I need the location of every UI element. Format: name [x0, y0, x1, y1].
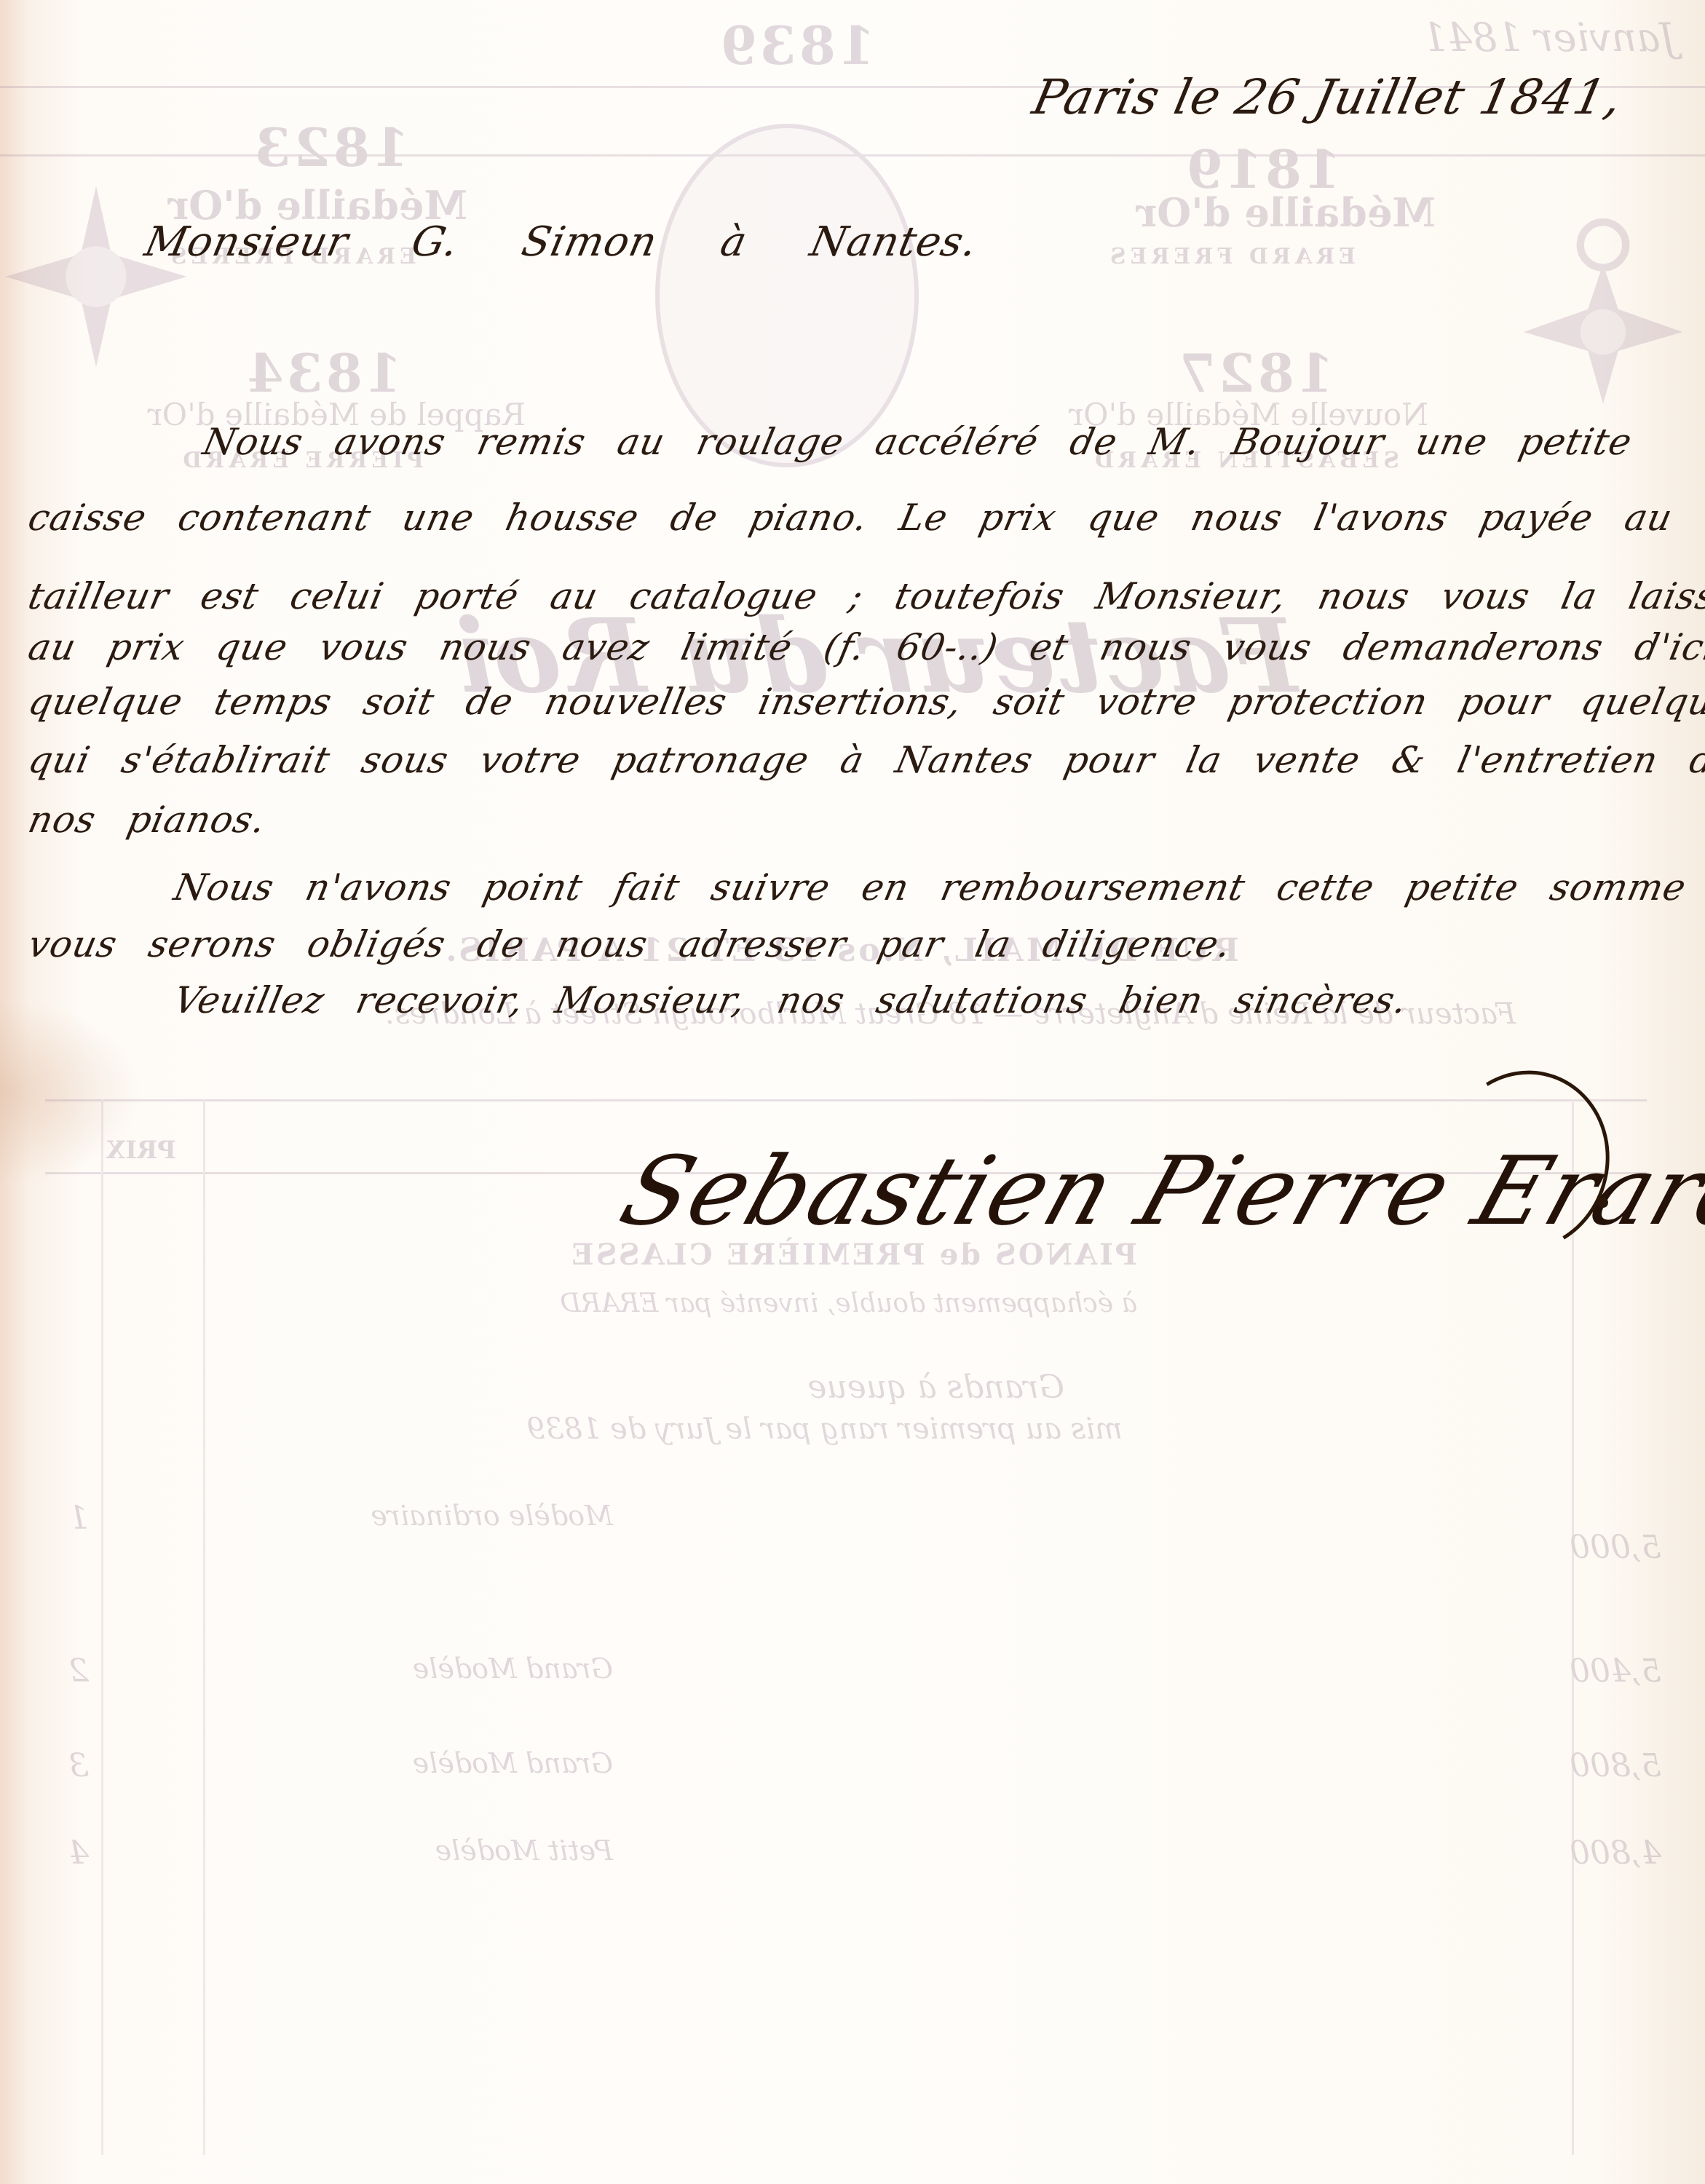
- name-line: ERARD FRERES: [1106, 244, 1356, 269]
- body-line: Veuillez recevoir, Monsieur, nos salutat…: [170, 979, 1412, 1021]
- letter-date: Paris le 26 Juillet 1841,: [1028, 69, 1628, 125]
- rule: [0, 154, 1705, 157]
- row-price: 5,400: [1570, 1653, 1661, 1690]
- body-line: Nous n'avons point fait suivre en rembou…: [170, 866, 1705, 909]
- row-number: 3: [68, 1747, 89, 1784]
- rule: [45, 1099, 1647, 1101]
- date-janvier-1841: Janvier 1841: [1422, 15, 1676, 60]
- medal-line: Médaille d'Or: [1136, 189, 1436, 236]
- body-line: qui s'établirait sous votre patronage à …: [25, 739, 1705, 781]
- center-medal-icon: [655, 124, 919, 467]
- column-rule: [101, 1099, 103, 2155]
- addressee-place: à Nantes.: [716, 218, 982, 266]
- year-1834: 1834: [245, 342, 402, 404]
- row-desc: Grand Modèle: [413, 1653, 613, 1685]
- body-line: nos pianos.: [25, 799, 270, 841]
- order-cross-icon: [1, 182, 191, 371]
- year-1839: 1839: [718, 15, 875, 76]
- year-1827: 1827: [1176, 342, 1334, 404]
- salutation: Monsieur: [141, 218, 353, 266]
- row-number: 1: [68, 1500, 89, 1537]
- row-desc: Modèle ordinaire: [371, 1500, 613, 1532]
- column-rule: [203, 1099, 205, 2155]
- body-line: au prix que vous nous avez limité (f. 60…: [25, 626, 1705, 668]
- row-desc: Grand Modèle: [413, 1747, 613, 1779]
- row-price: 4,800: [1570, 1835, 1661, 1872]
- order-cross-icon: [1508, 218, 1698, 408]
- row-number: 4: [68, 1835, 89, 1872]
- body-line: vous serons obligés de nous adresser par…: [25, 923, 1235, 965]
- piano-type: Grands à queue: [807, 1369, 1064, 1406]
- letter-page: 1839 1823 1819 1834 1827 Janvier 1841 Mé…: [0, 0, 1705, 2184]
- column-rule: [1572, 1099, 1574, 2155]
- body-line: tailleur est celui porté au catalogue ; …: [25, 575, 1705, 617]
- section-subtitle: à échappement double, inventé par ERARD: [560, 1289, 1137, 1318]
- signature-dot: [1598, 1198, 1608, 1208]
- body-line: Nous avons remis au roulage accéléré de …: [199, 421, 1636, 463]
- year-1819: 1819: [1184, 138, 1341, 200]
- row-price: 5,800: [1570, 1747, 1661, 1784]
- body-line: quelque temps soit de nouvelles insertio…: [25, 681, 1705, 723]
- table-header-prix: PRIX: [106, 1136, 176, 1165]
- year-1823: 1823: [252, 116, 409, 178]
- piano-note: mis au premier rang par le Jury de 1839: [527, 1412, 1123, 1446]
- letterhead-showthrough: 1839 1823 1819 1834 1827 Janvier 1841 Mé…: [0, 0, 1705, 2184]
- row-desc: Petit Modèle: [435, 1835, 613, 1867]
- body-line: caisse contenant une housse de piano. Le…: [25, 496, 1677, 539]
- row-number: 2: [68, 1653, 89, 1690]
- addressee-name: G. Simon: [408, 218, 662, 266]
- row-price: 5,000: [1570, 1529, 1661, 1566]
- addressee: Monsieur G. Simon à Nantes.: [141, 218, 982, 266]
